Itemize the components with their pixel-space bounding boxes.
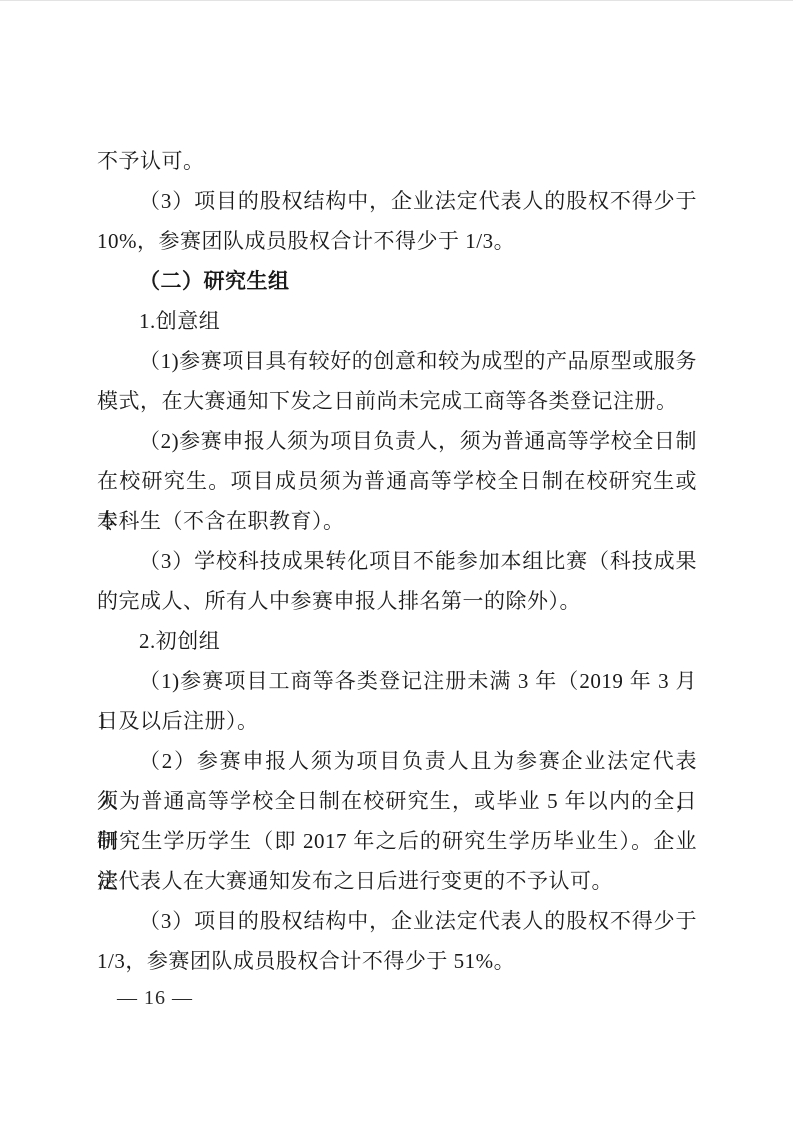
document-body: 不予认可。 （3）项目的股权结构中，企业法定代表人的股权不得少于 10%，参赛团… xyxy=(97,141,697,981)
paragraph-line: （3）项目的股权结构中，企业法定代表人的股权不得少于 xyxy=(97,181,697,221)
page-number: — 16 — xyxy=(117,983,193,1013)
subsection-heading: 2.初创组 xyxy=(97,621,697,661)
paragraph-line: （3）项目的股权结构中，企业法定代表人的股权不得少于 xyxy=(97,901,697,941)
paragraph-line: （1)参赛项目工商等各类登记注册未满 3 年（2019 年 3 月 1 xyxy=(97,661,697,701)
paragraph-line: 专科生（不含在职教育）。 xyxy=(97,501,697,541)
paragraph-line: （2)参赛申报人须为项目负责人，须为普通高等学校全日制 xyxy=(97,421,697,461)
section-heading: （二）研究生组 xyxy=(97,261,697,301)
paragraph-line: 日及以后注册）。 xyxy=(97,701,697,741)
paragraph-line: 10%，参赛团队成员股权合计不得少于 1/3。 xyxy=(97,221,697,261)
paragraph-line: 不予认可。 xyxy=(97,141,697,181)
paragraph-line: 须为普通高等学校全日制在校研究生，或毕业 5 年以内的全日制 xyxy=(97,781,697,821)
paragraph-line: （3）学校科技成果转化项目不能参加本组比赛（科技成果 xyxy=(97,541,697,581)
paragraph-line: 在校研究生。项目成员须为普通高等学校全日制在校研究生或本 xyxy=(97,461,697,501)
document-page: 不予认可。 （3）项目的股权结构中，企业法定代表人的股权不得少于 10%，参赛团… xyxy=(0,0,793,1122)
subsection-heading: 1.创意组 xyxy=(97,301,697,341)
paragraph-line: 模式，在大赛通知下发之日前尚未完成工商等各类登记注册。 xyxy=(97,381,697,421)
paragraph-line: （2）参赛申报人须为项目负责人且为参赛企业法定代表人， xyxy=(97,741,697,781)
paragraph-line: 的完成人、所有人中参赛申报人排名第一的除外）。 xyxy=(97,581,697,621)
paragraph-line: 研究生学历学生（即 2017 年之后的研究生学历毕业生）。企业法 xyxy=(97,821,697,861)
paragraph-line: 1/3，参赛团队成员股权合计不得少于 51%。 xyxy=(97,941,697,981)
paragraph-line: 定代表人在大赛通知发布之日后进行变更的不予认可。 xyxy=(97,861,697,901)
paragraph-line: （1)参赛项目具有较好的创意和较为成型的产品原型或服务 xyxy=(97,341,697,381)
